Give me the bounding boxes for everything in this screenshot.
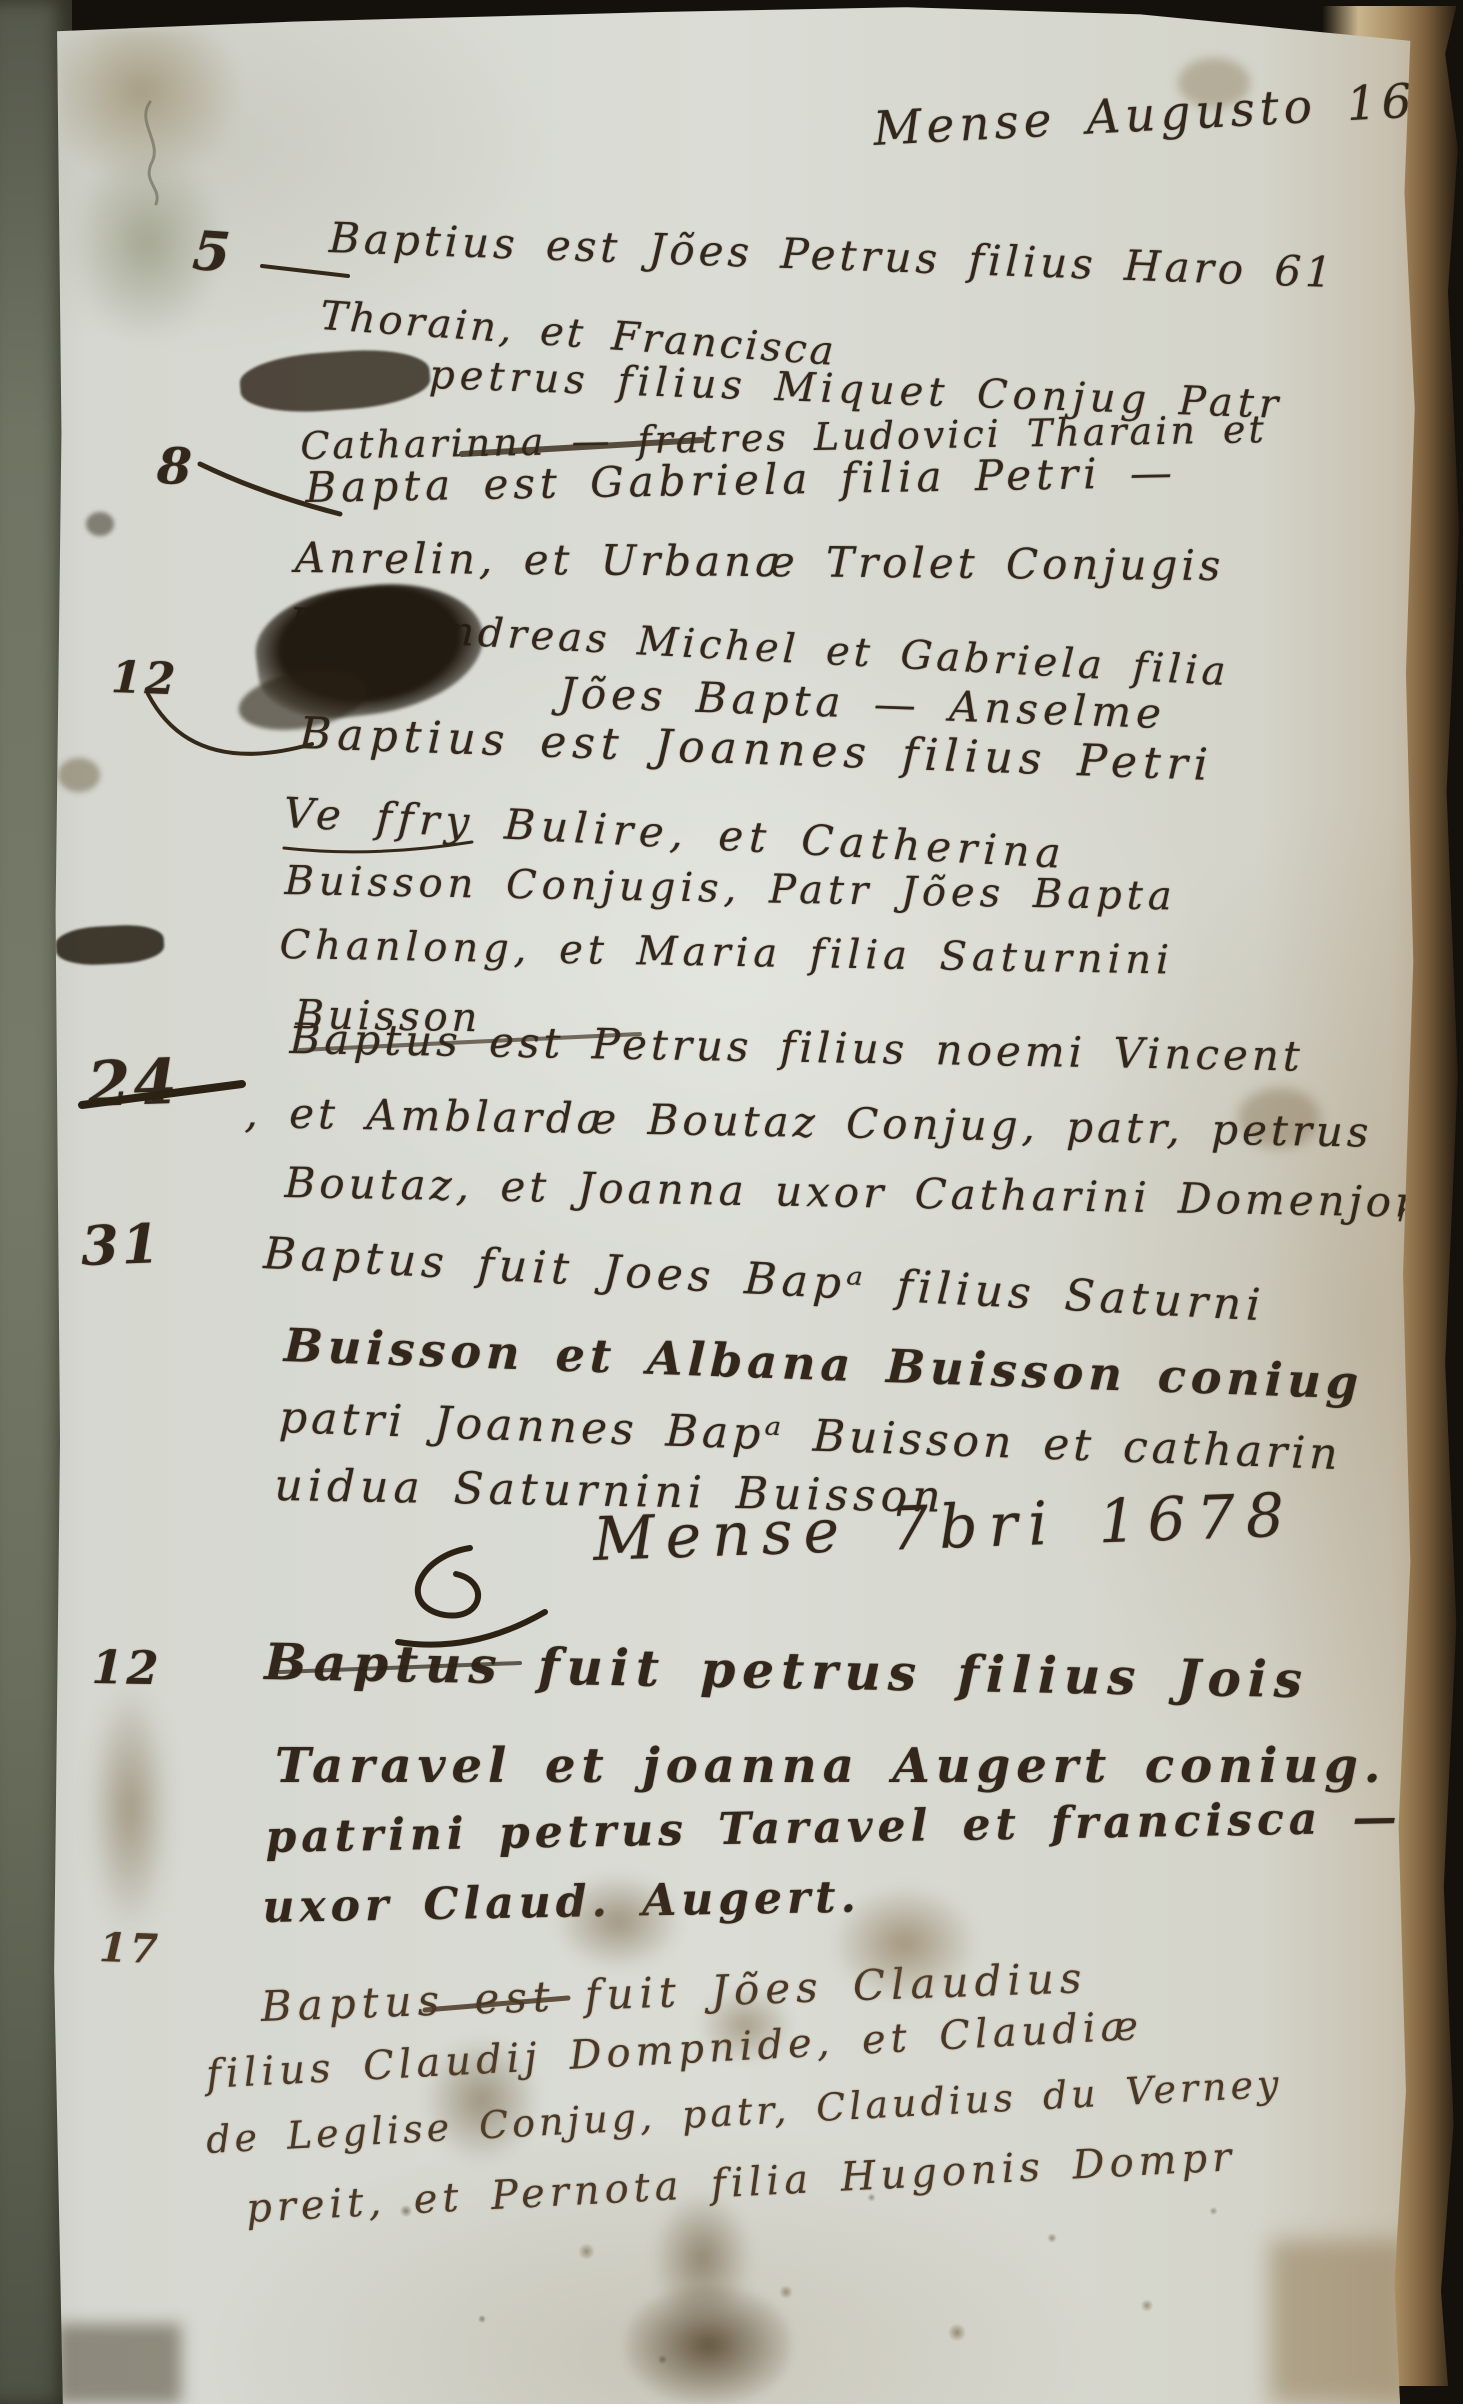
entry-4-line-3: Boutaz, et Joanna uxor Catharini Domenjo… (284, 1158, 1426, 1227)
entry-1-day: 5 (191, 218, 236, 285)
entry-6-day: 12 (91, 1640, 162, 1695)
corner-stain (58, 28, 243, 183)
entry-5-line-1: Baptus fuit Joes Bapᵃ filius Saturni (262, 1228, 1266, 1331)
margin-scribble (55, 923, 165, 967)
entry-7-day: 17 (98, 1924, 161, 1973)
entry-5-line-2: Buisson et Albana Buisson coniug (283, 1318, 1364, 1410)
entry-6-line-3: patrini petrus Taravel et francisca — (265, 1792, 1402, 1863)
month-header-august: Mense Augusto 16— (872, 71, 1463, 157)
entry-5-day: 31 (80, 1211, 163, 1278)
entry-2-day: 8 (156, 436, 196, 496)
entry-4-line-1: Baptus est Petrus filius noemi Vincent (289, 1014, 1304, 1081)
manuscript-photo: Mense Augusto 16— 5 Baptius est Jões Pet… (0, 0, 1463, 2404)
page-curl-shade (1270, 2240, 1410, 2404)
entry-6-line-4: uxor Claud. Augert. (262, 1872, 861, 1933)
bottom-smear-upper (655, 2196, 750, 2321)
entry-3-day: 12 (110, 652, 179, 705)
bottom-left-shadow (56, 2324, 181, 2404)
entry-6-line-2: Taravel et joanna Augert coniug. (275, 1738, 1386, 1794)
entry-4-line-2: , et Amblardæ Boutaz Conjug, patr, petru… (244, 1088, 1373, 1157)
register-page: Mense Augusto 16— 5 Baptius est Jões Pet… (0, 0, 1463, 2404)
entry-1-line-1: Baptius est Jões Petrus filius Haro 61 (328, 213, 1336, 297)
left-edge-smear (90, 1686, 170, 1931)
entry-4-day: 24 (86, 1045, 181, 1121)
entry-3-line-4: Chanlong, et Maria filia Saturnini (279, 922, 1174, 984)
fox-spot-1 (86, 512, 114, 536)
entry-6-line-1: Baptus fuit petrus filius Jois (264, 1632, 1310, 1709)
fox-spot-2 (58, 758, 100, 792)
bottom-smear-dark (626, 2286, 791, 2404)
scratched-word-blot (238, 345, 432, 416)
entry-2-line-2: Anrelin, et Urbanæ Trolet Conjugis (295, 533, 1225, 590)
